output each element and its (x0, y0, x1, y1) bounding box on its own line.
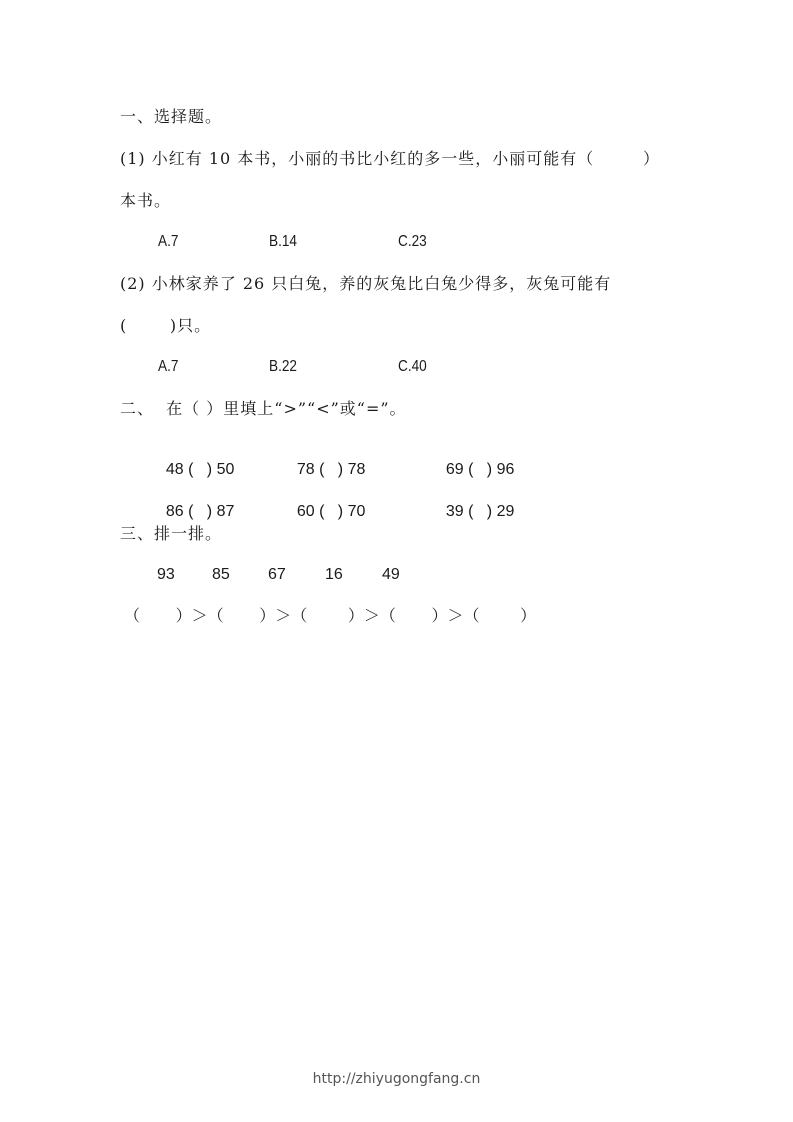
compare-right-number: 50 (217, 461, 235, 478)
compare-right-number: 96 (497, 461, 515, 478)
compare-right-number: 78 (348, 461, 366, 478)
compare-item: 48 ( ) 50 (157, 440, 234, 480)
compare-item: 60 ( ) 70 (288, 482, 365, 522)
question-1-option-a: A.7 (158, 232, 178, 252)
compare-right-number: 87 (217, 503, 235, 520)
compare-left-number: 48 (166, 461, 184, 478)
compare-left-number: 86 (166, 503, 184, 520)
compare-blank[interactable]: ( ) (464, 503, 497, 520)
compare-blank[interactable]: ( ) (315, 503, 348, 520)
question-2-text-continued: ( )只。 (120, 316, 211, 336)
compare-item: 69 ( ) 96 (437, 440, 514, 480)
compare-blank[interactable]: ( ) (184, 503, 217, 520)
section-three-title: 三、排一排。 (120, 524, 222, 544)
question-1-option-b: B.14 (269, 232, 297, 252)
question-2-option-b: B.22 (269, 357, 297, 377)
compare-left-number: 78 (297, 461, 315, 478)
section-one-title: 一、选择题。 (120, 107, 222, 127)
compare-blank[interactable]: ( ) (315, 461, 348, 478)
question-1-option-c: C.23 (398, 232, 427, 252)
compare-right-number: 70 (348, 503, 366, 520)
compare-right-number: 29 (497, 503, 515, 520)
sort-number: 49 (382, 565, 400, 585)
compare-left-number: 60 (297, 503, 315, 520)
question-2-option-c: C.40 (398, 357, 427, 377)
question-1-text-continued: 本书。 (120, 191, 171, 211)
question-1-text: (1) 小红有 10 本书，小丽的书比小红的多一些，小丽可能有（ ） (120, 149, 660, 169)
compare-blank[interactable]: ( ) (184, 461, 217, 478)
sort-answer-line[interactable]: （ ）＞（ ）＞（ ）＞（ ）＞（ ） (124, 606, 536, 626)
compare-left-number: 39 (446, 503, 464, 520)
compare-item: 39 ( ) 29 (437, 482, 514, 522)
sort-number: 16 (325, 565, 343, 585)
sort-number: 67 (268, 565, 286, 585)
question-2-text: (2) 小林家养了 26 只白兔，养的灰兔比白兔少得多，灰兔可能有 (120, 274, 611, 294)
compare-item: 78 ( ) 78 (288, 440, 365, 480)
footer-url: http://zhiyugongfang.cn (0, 1071, 793, 1087)
compare-blank[interactable]: ( ) (464, 461, 497, 478)
sort-number: 93 (157, 565, 175, 585)
section-two-title: 二、 在（ ）里填上“>”“<”或“=”。 (120, 399, 407, 419)
compare-left-number: 69 (446, 461, 464, 478)
sort-number: 85 (212, 565, 230, 585)
question-2-option-a: A.7 (158, 357, 178, 377)
compare-item: 86 ( ) 87 (157, 482, 234, 522)
